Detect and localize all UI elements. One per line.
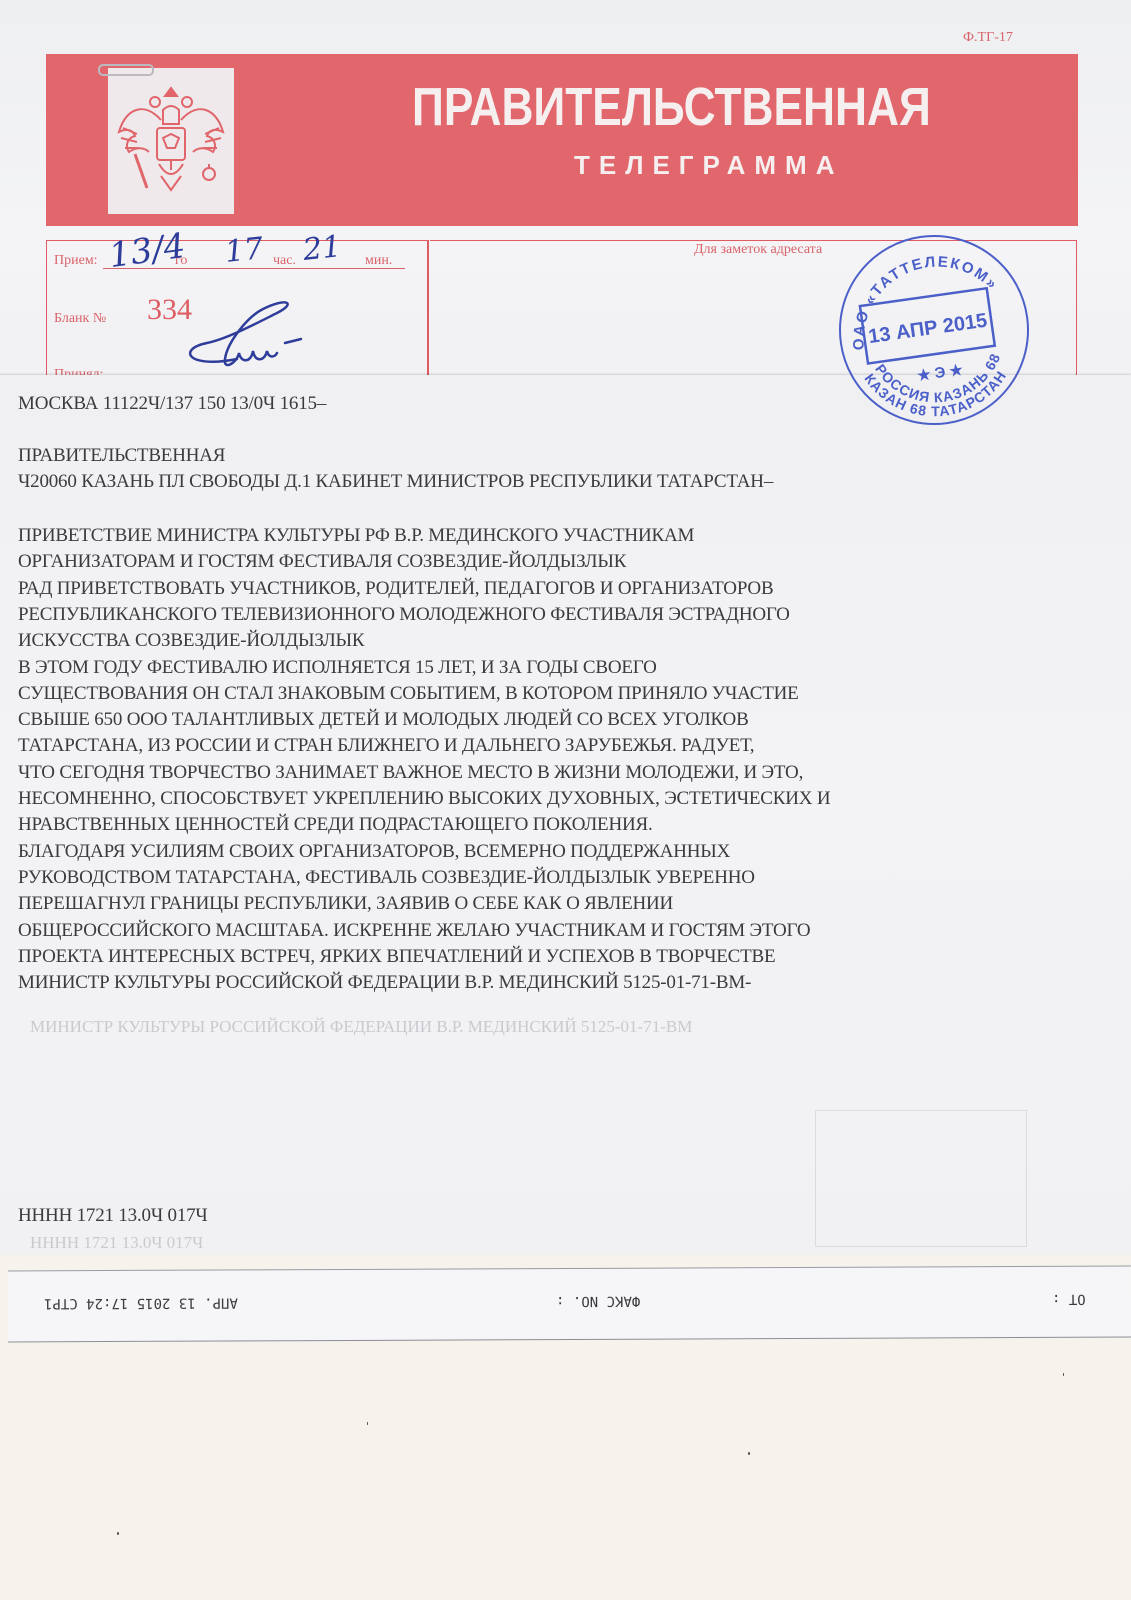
telegram-body-line: ПРИВЕТСТВИЕ МИНИСТРА КУЛЬТУРЫ РФ В.Р. МЕ… <box>18 525 694 547</box>
telegram-body-line: СВЫШЕ 650 ООО ТАЛАНТЛИВЫХ ДЕТЕЙ И МОЛОДЫ… <box>18 709 749 731</box>
received-hour-handwritten: 17 <box>223 231 265 270</box>
header-banner: ПРАВИТЕЛЬСТВЕННАЯ ТЕЛЕГРАММА <box>46 54 1078 226</box>
telegram-body-line: ТАТАРСТАНА, ИЗ РОССИИ И СТРАН БЛИЖНЕГО И… <box>18 735 754 757</box>
telegram-body-line: В ЭТОМ ГОДУ ФЕСТИВАЛЮ ИСПОЛНЯЕТСЯ 15 ЛЕТ… <box>18 657 657 679</box>
received-label: Прием: <box>54 253 98 269</box>
telegram-body-line: РЕСПУБЛИКАНСКОГО ТЕЛЕВИЗИОННОГО МОЛОДЕЖН… <box>18 604 790 626</box>
telegram-body-line: ПЕРЕШАГНУЛ ГРАНИЦЫ РЕСПУБЛИКИ, ЗАЯВИВ О … <box>18 893 673 915</box>
stamp-center-mark: ★ Э ★ <box>916 361 964 384</box>
fax-datetime-page: АПР. 13 2015 17:24 СТР1 <box>44 1294 238 1311</box>
telegram-body-line: ПРОЕКТА ИНТЕРЕСНЫХ ВСТРЕЧ, ЯРКИХ ВПЕЧАТЛ… <box>18 946 775 968</box>
banner-subtitle: ТЕЛЕГРАММА <box>574 150 843 181</box>
show-through-footer-line: НННН 1721 13.0Ч 017Ч <box>30 1233 203 1253</box>
telegram-footer-line: НННН 1721 13.0Ч 017Ч <box>18 1205 208 1227</box>
telegram-body-line: НРАВСТВЕННЫХ ЦЕННОСТЕЙ СРЕДИ ПОДРАСТАЮЩЕ… <box>18 814 653 836</box>
dust-speck <box>117 1532 119 1535</box>
telegram-body-line: СУЩЕСТВОВАНИЯ ОН СТАЛ ЗНАКОВЫМ СОБЫТИЕМ,… <box>18 683 799 705</box>
banner-title: ПРАВИТЕЛЬСТВЕННАЯ <box>412 76 945 138</box>
telegram-body-line: ЧТО СЕГОДНЯ ТВОРЧЕСТВО ЗАНИМАЕТ ВАЖНОЕ М… <box>18 762 803 784</box>
telegram-body-line: МИНИСТР КУЛЬТУРЫ РОССИЙСКОЙ ФЕДЕРАЦИИ В.… <box>18 972 751 994</box>
telegram-body-line: НЕСОМНЕННО, СПОСОБСТВУЕТ УКРЕПЛЕНИЮ ВЫСО… <box>18 788 830 810</box>
telegram-body-line: БЛАГОДАРЯ УСИЛИЯМ СВОИХ ОРГАНИЗАТОРОВ, В… <box>18 841 730 863</box>
signature-icon <box>167 299 317 379</box>
russian-coat-of-arms-icon <box>113 80 229 204</box>
telegram-header-line: МОСКВА 11122Ч/137 150 13/0Ч 1615– <box>18 393 326 415</box>
received-minute-handwritten: 21 <box>301 229 343 268</box>
hour-label: час. <box>273 253 296 269</box>
reception-box: Прием: го час. мин. 13/4 17 21 Бланк № 3… <box>46 240 429 391</box>
stamp-date: 13 АПР 2015 <box>867 310 989 348</box>
notes-label: Для заметок адресата <box>694 242 822 258</box>
blank-label: Бланк № <box>54 311 106 327</box>
emblem-panel <box>108 68 234 214</box>
telegram-body-line: ИСКУССТВА СОЗВЕЗДИЕ-ЙОЛДЫЗЛЫК <box>18 630 364 652</box>
paperclip <box>98 64 154 76</box>
telegram-body-line: РУКОВОДСТВОМ ТАТАРСТАНА, ФЕСТИВАЛЬ СОЗВЕ… <box>18 867 755 889</box>
show-through-box <box>815 1110 1027 1247</box>
fax-number-label: ФАКС NO. : <box>556 1293 640 1309</box>
minute-label: мин. <box>365 253 392 269</box>
dust-speck <box>748 1452 750 1455</box>
telegram-body-line: ОРГАНИЗАТОРАМ И ГОСТЯМ ФЕСТИВАЛЯ СОЗВЕЗД… <box>18 551 626 573</box>
telegram-tape-sheet: МОСКВА 11122Ч/137 150 13/0Ч 1615– ПРАВИТ… <box>0 375 1131 1255</box>
dust-speck <box>1063 1373 1064 1376</box>
telegram-body-line: ОБЩЕРОССИЙСКОГО МАСШТАБА. ИСКРЕННЕ ЖЕЛАЮ… <box>18 920 810 942</box>
fax-from-label: ОТ : <box>1052 1291 1086 1307</box>
form-code: Ф.ТГ-17 <box>963 30 1013 46</box>
dust-speck <box>367 1422 368 1425</box>
show-through-signature-line: МИНИСТР КУЛЬТУРЫ РОССИЙСКОЙ ФЕДЕРАЦИИ В.… <box>30 1017 692 1037</box>
tattelecom-postmark-stamp: ОАО «ТАТТЕЛЕКОМ» 13 АПР 2015 ★ Э ★ РОССИ… <box>836 232 1032 428</box>
telegram-address: Ч20060 КАЗАНЬ ПЛ СВОБОДЫ Д.1 КАБИНЕТ МИН… <box>18 471 773 493</box>
telegram-category: ПРАВИТЕЛЬСТВЕННАЯ <box>18 445 225 467</box>
telegram-body-line: РАД ПРИВЕТСТВОВАТЬ УЧАСТНИКОВ, РОДИТЕЛЕЙ… <box>18 578 773 600</box>
fax-transmission-header: АПР. 13 2015 17:24 СТР1 ФАКС NO. : ОТ : <box>8 1266 1131 1343</box>
